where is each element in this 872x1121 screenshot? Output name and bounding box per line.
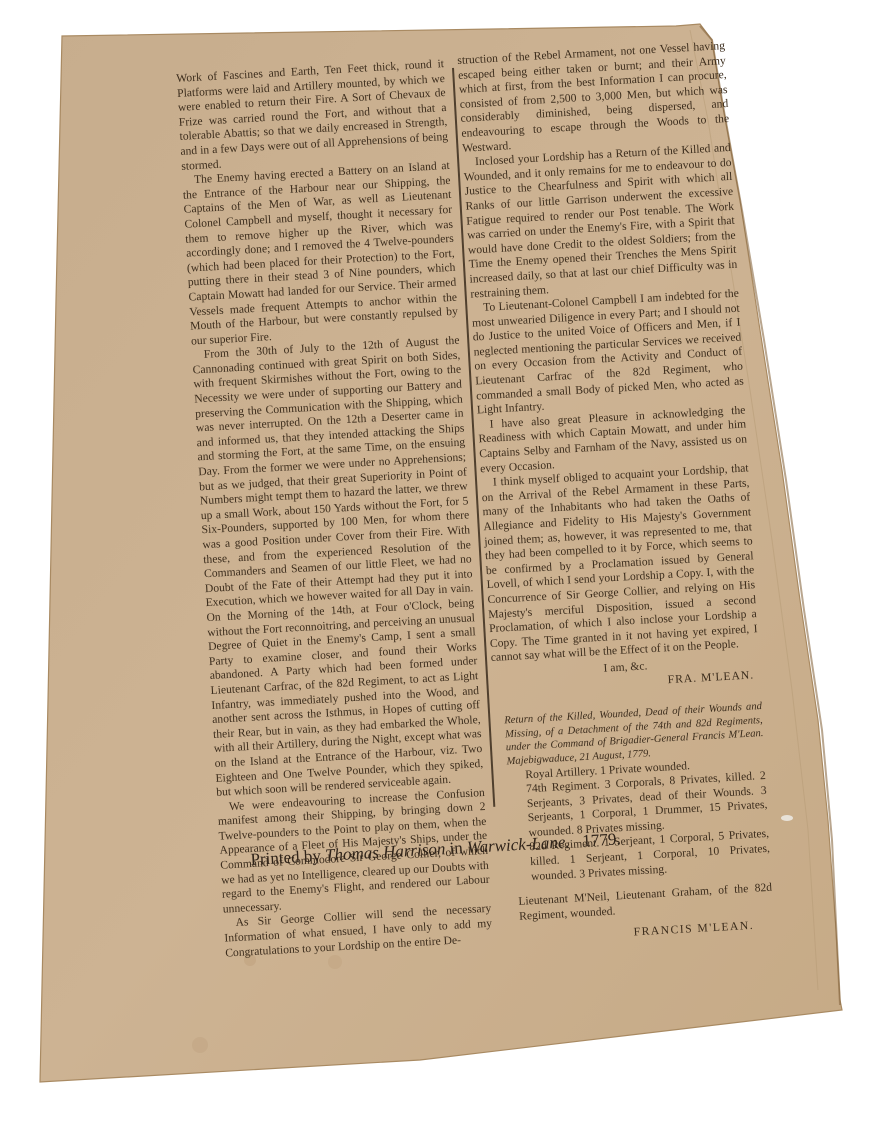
left-column: Work of Fascines and Earth, Ten Feet thi… [176,57,493,961]
paragraph: To Lieutenant-Colonel Campbell I am inde… [471,287,745,419]
imprint-prefix: Printed by [250,846,326,869]
paragraph: Inclosed your Lordship has a Return of t… [463,141,739,302]
return-note: Lieutenant M'Neil, Lieutenant Graham, of… [504,881,773,925]
imprint-middle: in [445,838,468,858]
paragraph: The Enemy having erected a Battery on an… [182,159,459,349]
paragraph: Work of Fascines and Earth, Ten Feet thi… [176,57,449,174]
paragraph: From the 30th of July to the 12th of Aug… [191,334,484,801]
paragraph: I think myself obliged to acquaint your … [481,462,759,666]
photograph: Work of Fascines and Earth, Ten Feet thi… [0,0,872,1121]
paragraph: struction of the Rebel Armament, not one… [457,39,730,156]
right-column: struction of the Rebel Armament, not one… [457,39,775,948]
imprint-year: 1779. [582,829,621,850]
